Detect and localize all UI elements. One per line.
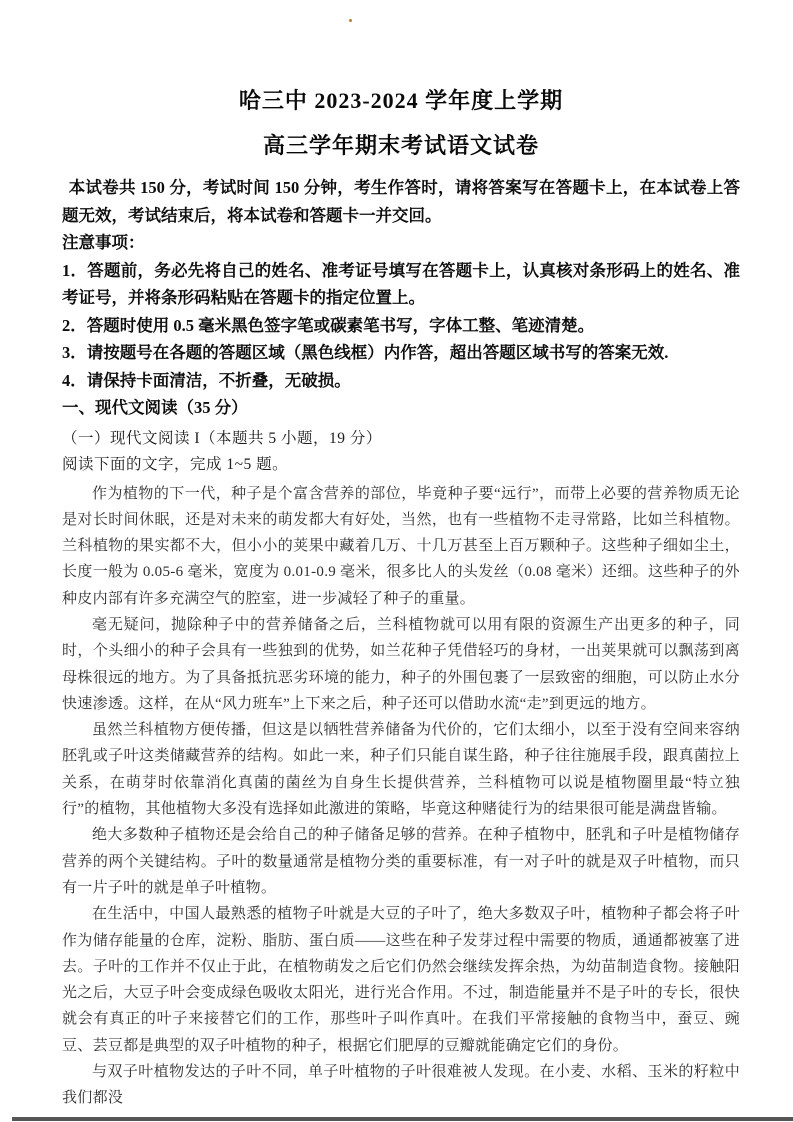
page-content: 哈三中 2023-2024 学年度上学期 高三学年期末考试语文试卷 本试卷共 1… bbox=[62, 88, 740, 1112]
notice-item-3: 3．请按题号在各题的答题区域（黑色线框）内作答，超出答题区域书写的答案无效. bbox=[62, 339, 740, 367]
passage-paragraph-1: 作为植物的下一代，种子是个富含营养的部位，毕竟种子要“远行”，而带上必要的营养物… bbox=[62, 481, 740, 612]
notice-item-1: 1．答题前，务必先将自己的姓名、准考证号填写在答题卡上，认真核对条形码上的姓名、… bbox=[62, 257, 740, 312]
passage-paragraph-6: 与双子叶植物发达的子叶不同，单子叶植物的子叶很难被人发现。在小麦、水稻、玉米的籽… bbox=[62, 1059, 740, 1112]
reading-passage: 作为植物的下一代，种子是个富含营养的部位，毕竟种子要“远行”，而带上必要的营养物… bbox=[62, 481, 740, 1112]
exam-title-line2: 高三学年期末考试语文试卷 bbox=[62, 133, 740, 159]
notice-item-2: 2．答题时使用 0.5 毫米黑色签字笔或碳素笔书写，字体工整、笔迹清楚。 bbox=[62, 312, 740, 340]
section-subheading: （一）现代文阅读 I（本题共 5 小题，19 分） bbox=[62, 426, 740, 452]
scan-artifact-dot bbox=[349, 19, 352, 22]
passage-paragraph-5: 在生活中，中国人最熟悉的植物子叶就是大豆的子叶了，绝大多数双子叶，植物种子都会将… bbox=[62, 901, 740, 1059]
passage-paragraph-2: 毫无疑问，抛除种子中的营养储备之后，兰科植物就可以用有限的资源生产出更多的种子，… bbox=[62, 612, 740, 717]
notice-item-4: 4．请保持卡面清洁，不折叠，无破损。 bbox=[62, 367, 740, 395]
section-heading: 一、现代文阅读（35 分） bbox=[62, 394, 740, 422]
exam-title-line1: 哈三中 2023-2024 学年度上学期 bbox=[62, 88, 740, 114]
reading-instruction: 阅读下面的文字，完成 1~5 题。 bbox=[62, 452, 740, 478]
notice-intro: 本试卷共 150 分，考试时间 150 分钟，考生作答时，请将答案写在答题卡上，… bbox=[62, 174, 740, 229]
exam-notice-block: 本试卷共 150 分，考试时间 150 分钟，考生作答时，请将答案写在答题卡上，… bbox=[62, 174, 740, 422]
passage-paragraph-3: 虽然兰科植物方便传播，但这是以牺牲营养储备为代价的，它们太细小，以至于没有空间来… bbox=[62, 717, 740, 822]
exam-paper-page: 哈三中 2023-2024 学年度上学期 高三学年期末考试语文试卷 本试卷共 1… bbox=[0, 0, 793, 1122]
passage-paragraph-4: 绝大多数种子植物还是会给自己的种子储备足够的营养。在种子植物中，胚乳和子叶是植物… bbox=[62, 822, 740, 901]
scan-edge-bar bbox=[12, 1117, 793, 1121]
notice-heading: 注意事项： bbox=[62, 229, 740, 257]
